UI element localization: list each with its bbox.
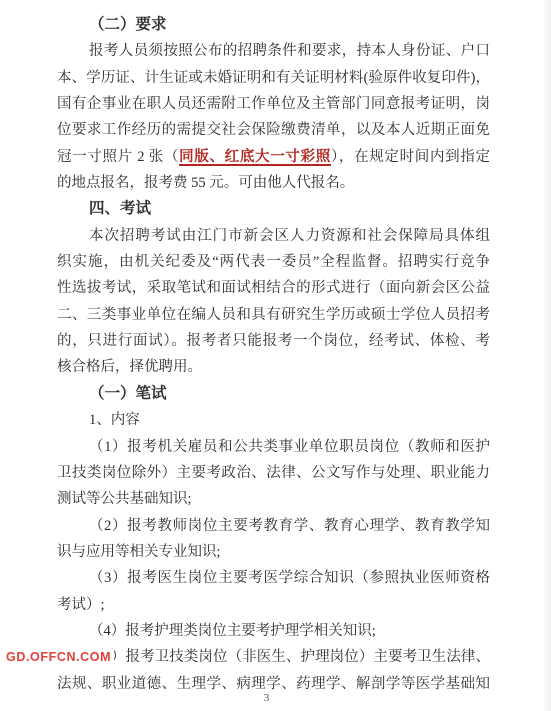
list-item-1-line: 卫技类岗位除外）主要考政治、法律、公文写作与处理、职业能力 (57, 460, 490, 486)
list-item-2-line: 识与应用等相关专业知识; (57, 539, 490, 565)
paragraph-line: 二、三类事业单位在编人员和具有研究生学历或硕士学位人员招考 (57, 302, 490, 328)
paragraph-line: 的，只进行面试）。报考者只能报考一个岗位，经考试、体检、考 (57, 328, 490, 354)
page-number: 3 (0, 692, 533, 704)
paragraph-line: 本、学历证、计生证或未婚证明和有关证明材料(验原件收复印件)， (57, 65, 490, 91)
paragraph-line: 的地点报名，报考费 55 元。可由他人代报名。 (57, 170, 490, 196)
watermark: GD.OFFCN.COM (4, 649, 114, 665)
list-item-1-line: （1）报考机关雇员和公共类事业单位职员岗位（教师和医护 (57, 434, 490, 460)
list-item-1-line: 测试等公共基础知识; (57, 486, 490, 512)
list-item-3-line: 考试）; (57, 592, 490, 618)
plain-text-run: 冠一寸照片 2 张（ (57, 149, 179, 165)
red-underlined-text: 同版、红底大一寸彩照 (179, 149, 331, 165)
list-item-4-line: （4）报考护理类岗位主要考护理学相关知识; (57, 618, 490, 644)
paragraph-line: 织实施，由机关纪委及“两代表一委员”全程监督。招聘实行竞争 (57, 249, 490, 275)
document-body: （二）要求 报考人员须按照公布的招聘条件和要求，持本人身份证、户口 本、学历证、… (57, 12, 490, 697)
list-item-2-line: （2）报考教师岗位主要考教育学、教育心理学、教育教学知 (57, 513, 490, 539)
paragraph-line: 报考人员须按照公布的招聘条件和要求，持本人身份证、户口 (57, 38, 490, 64)
scan-edge-shadow (542, 0, 551, 711)
heading-written-test: （一）笔试 (57, 381, 490, 407)
paragraph-line: 本次招聘考试由江门市新会区人力资源和社会保障局具体组 (57, 223, 490, 249)
list-item-5-line: （5）报考卫技类岗位（非医生、护理岗位）主要考卫生法律、 (57, 644, 490, 670)
paragraph-line: 性选拔考试，采取笔试和面试相结合的形式进行（面向新会区公益 (57, 275, 490, 301)
scanned-document-page: （二）要求 报考人员须按照公布的招聘条件和要求，持本人身份证、户口 本、学历证、… (0, 0, 551, 711)
paragraph-line: 核合格后，择优聘用。 (57, 354, 490, 380)
plain-text-run: ），在规定时间内到指定 (331, 149, 490, 165)
heading-section-2-requirements: （二）要求 (57, 12, 490, 38)
paragraph-line: 位要求工作经历的需提交社会保险缴费清单，以及本人近期正面免 (57, 117, 490, 143)
paragraph-line: 国有企事业在职人员还需附工作单位及主管部门同意报考证明，岗 (57, 91, 490, 117)
heading-section-4-exam: 四、考试 (57, 196, 490, 222)
paragraph-line-with-highlight: 冠一寸照片 2 张（同版、红底大一寸彩照），在规定时间内到指定 (57, 144, 490, 170)
list-item-3-line: （3）报考医生岗位主要考医学综合知识（参照执业医师资格 (57, 565, 490, 591)
subheading-content: 1、内容 (57, 407, 490, 433)
